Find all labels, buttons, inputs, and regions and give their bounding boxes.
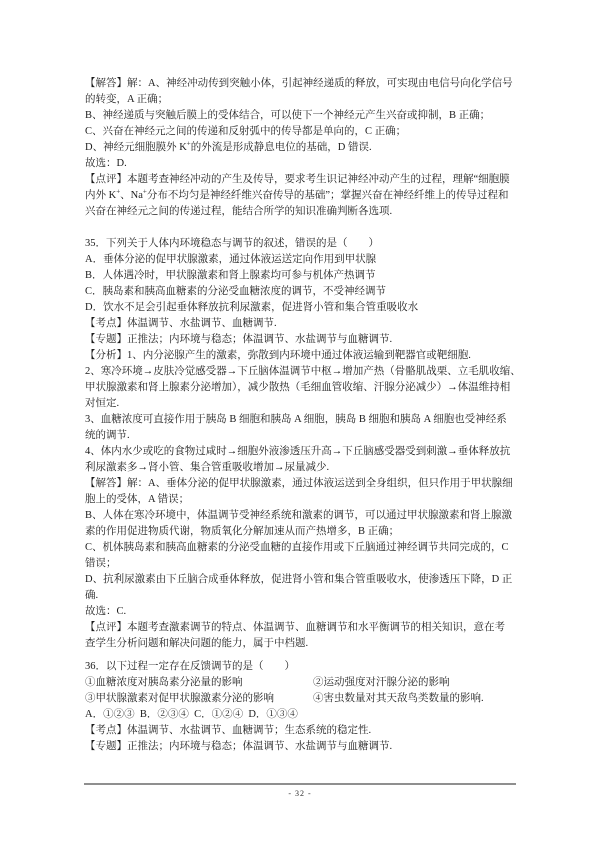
page-content: 【解答】解：A、神经冲动传到突触小体，引起神经递质的释放，可实现由电信号向化学信… [85, 76, 515, 755]
topic-line: 【专题】正推法；内环境与稳态；体温调节、水盐调节与血糖调节. [85, 739, 515, 755]
option-d: D．饮水不足会引起垂体释放抗利尿激素，促进肾小管和集合管重吸收水 [85, 300, 515, 316]
question-36-block: 36．以下过程一定存在反馈调节的是（ ） ①血糖浓度对胰岛素分泌量的影响②运动强… [85, 659, 515, 755]
item-2: ②运动强度对汗腺分泌的影响 [313, 677, 450, 688]
exam-points-line: 【考点】体温调节、水盐调节、血糖调节；生态系统的稳定性. [85, 723, 515, 739]
text-line: 利尿激素多→肾小管、集合管重吸收增加→尿量减少. [85, 460, 515, 476]
text-line: 兴奋在神经元之间的传递过程，能结合所学的知识准确判断各选项. [85, 204, 515, 220]
page-number: - 32 - [0, 789, 600, 798]
text-line: 【解答】解：A、垂体分泌的促甲状腺激素，通过体液运送到全身组织，但只作用于甲状腺… [85, 476, 515, 492]
text-line: B、神经递质与突触后膜上的受体结合，可以使下一个神经元产生兴奋或抑制，B 正确； [85, 108, 515, 124]
item-4: ④害虫数量对其天敌鸟类数量的影响. [313, 693, 484, 704]
text-line: 确. [85, 588, 515, 604]
footer-divider [84, 783, 516, 785]
text-line: 错误； [85, 556, 515, 572]
text-segment: D、神经元细胞膜外 K [85, 142, 187, 153]
choices-line: A．①②③ B．②③④ C．①②④ D．①③④ [85, 707, 515, 723]
text-line: 【解答】解：A、神经冲动传到突触小体，引起神经递质的释放，可实现由电信号向化学信… [85, 76, 515, 92]
text-line: 3、血糖浓度可直接作用于胰岛 B 细胞和胰岛 A 细胞，胰岛 B 细胞和胰岛 A… [85, 412, 515, 428]
text-line: 4、体内水少或吃的食物过咸时→细胞外液渗透压升高→下丘脑感受器受到刺激→垂体释放… [85, 444, 515, 460]
text-line: 【分析】1、内分泌腺产生的激素，弥散到内环境中通过体液运输到靶器官或靶细胞. [85, 348, 515, 364]
question-title: 36．以下过程一定存在反馈调节的是（ ） [85, 659, 515, 675]
topic-line: 【专题】正推法；内环境与稳态；体温调节、水盐调节与血糖调节. [85, 332, 515, 348]
text-line: D、抗利尿激素由下丘脑合成垂体释放，促进肾小管和集合管重吸收水，使渗透压下降，D… [85, 572, 515, 588]
question-35-block: 35．下列关于人体内环境稳态与调节的叙述，错误的是（ ） A．垂体分泌的促甲状腺… [85, 236, 515, 652]
text-line: 2、寒冷环境→皮肤冷觉感受器→下丘脑体温调节中枢→增加产热（骨骼肌战栗、立毛肌收… [85, 364, 515, 380]
text-line: C、兴奋在神经元之间的传递和反射弧中的传导都是单向的，C 正确； [85, 124, 515, 140]
text-segment: 的外流是形成静息电位的基础，D 错误. [191, 142, 372, 153]
question-title: 35．下列关于人体内环境稳态与调节的叙述，错误的是（ ） [85, 236, 515, 252]
item-3: ③甲状腺激素对促甲状腺激素分泌的影响 [85, 691, 313, 707]
text-segment: 内外 K [85, 190, 116, 201]
text-line: 统的调节. [85, 428, 515, 444]
text-line: 【点评】本题考查神经冲动的产生及传导，要求考生识记神经冲动产生的过程，理解“细胞… [85, 172, 515, 188]
text-line: 故选：C. [85, 604, 515, 620]
text-line: 素的作用促进物质代谢，物质氧化分解加速从而产热增多，B 正确； [85, 524, 515, 540]
text-line: 甲状腺激素和肾上腺素分泌增加），减少散热（毛细血管收缩、汗腺分泌减少）→体温维持… [85, 380, 515, 396]
option-a: A．垂体分泌的促甲状腺激素，通过体液运送定向作用到甲状腺 [85, 252, 515, 268]
text-segment: 、Na [120, 190, 143, 201]
text-segment: 分布不均匀是神经纤维兴奋传导的基础”；掌握兴奋在神经纤维上的传导过程和 [147, 190, 509, 201]
numbered-items-row: ①血糖浓度对胰岛素分泌量的影响②运动强度对汗腺分泌的影响 [85, 675, 515, 691]
text-line: C、机体胰岛素和胰高血糖素的分泌受血糖的直接作用或下丘脑通过神经调节共同完成的，… [85, 540, 515, 556]
exam-points-line: 【考点】体温调节、水盐调节、血糖调节. [85, 316, 515, 332]
text-line: 内外 K+、Na+分布不均匀是神经纤维兴奋传导的基础”；掌握兴奋在神经纤维上的传… [85, 188, 515, 204]
numbered-items-row: ③甲状腺激素对促甲状腺激素分泌的影响④害虫数量对其天敌鸟类数量的影响. [85, 691, 515, 707]
option-b: B．人体遇冷时，甲状腺激素和肾上腺素均可参与机体产热调节 [85, 268, 515, 284]
text-line: 对恒定. [85, 396, 515, 412]
q34-explanation-block: 【解答】解：A、神经冲动传到突触小体，引起神经递质的释放，可实现由电信号向化学信… [85, 76, 515, 220]
option-c: C．胰岛素和胰高血糖素的分泌受血糖浓度的调节，不受神经调节 [85, 284, 515, 300]
text-line: 查学生分析问题和解决问题的能力，属于中档题. [85, 636, 515, 652]
text-line: 【点评】本题考查激素调节的特点、体温调节、血糖调节和水平衡调节的相关知识，意在考 [85, 620, 515, 636]
item-1: ①血糖浓度对胰岛素分泌量的影响 [85, 675, 313, 691]
text-line: 胞上的受体，A 错误； [85, 492, 515, 508]
text-line: 故选：D. [85, 156, 515, 172]
text-line: D、神经元细胞膜外 K+的外流是形成静息电位的基础，D 错误. [85, 140, 515, 156]
text-line: B、人体在寒冷环境中，体温调节受神经系统和激素的调节，可以通过甲状腺激素和肾上腺… [85, 508, 515, 524]
text-line: 的转变，A 正确； [85, 92, 515, 108]
